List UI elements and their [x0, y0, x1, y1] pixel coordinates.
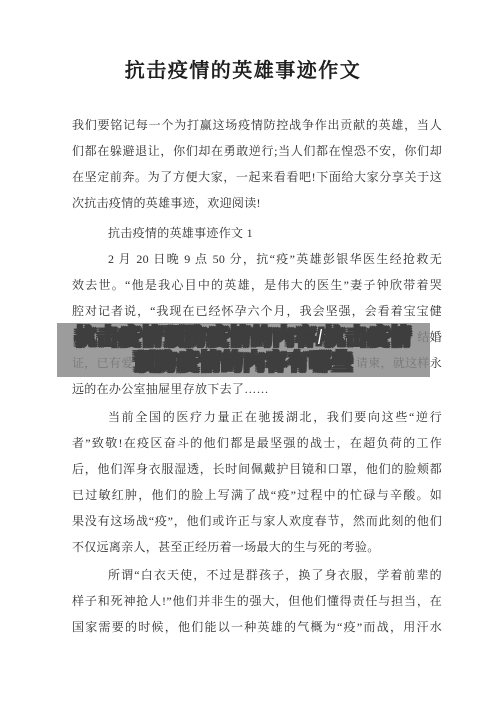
text-line: 国家需要的时候，他们能以一种英雄的气概为“疫”而战，用汗水 — [72, 614, 442, 640]
document-page: 抗击疫情的英雄事迹作文 我们要铭记每一个为打赢这场疫情防控战争作出贡献的英雄，当… — [0, 0, 500, 706]
section-heading-text: 抗击疫情的英雄事迹作文 1 — [72, 220, 442, 246]
paragraph-angels: 所谓“白衣天使，不过是群孩子，换了身衣服，学着前辈的 样子和死神抢人!”他们并非… — [72, 562, 442, 640]
paragraph-intro: 我们要铭记每一个为打赢这场疫情防控战争作出贡献的英雄，当人 们都在躲避退让，你们… — [72, 112, 442, 216]
section-heading: 抗击疫情的英雄事迹作文 1 — [72, 220, 442, 246]
text-line: 在坚定前奔。为了方便大家，一起来看看吧!下面给大家分享关于这 — [72, 164, 442, 190]
text-line: 已过敏红肿，他们的脸上写满了战“疫”过程中的忙碌与辛酸。如 — [72, 482, 442, 508]
text-line: 不仅远离亲人，甚至正经历着一场最大的生与死的考验。 — [72, 534, 442, 560]
paragraph-tribute: 当前全国的医疗力量正在驰援湖北，我们要向这些“逆行 者”致敬!在疫区奋斗的他们都… — [72, 404, 442, 560]
text-line: 所谓“白衣天使，不过是群孩子，换了身衣服，学着前辈的 — [72, 562, 442, 588]
text-line: 效去世。“他是我心目中的英雄，是伟大的医生”妻子钟欣带着哭 — [72, 272, 442, 298]
text-line: 后，他们浑身衣服湿透，长时间佩戴护目镜和口罩，他们的脸颊都 — [72, 456, 442, 482]
watermark-line-2: 预防疫情的内容有哪些 — [134, 350, 354, 375]
page-title: 抗击疫情的英雄事迹作文 — [0, 0, 500, 84]
text-line: 者”致敬!在疫区奋斗的他们都是最坚强的战士，在超负荷的工作 — [72, 430, 442, 456]
watermark-overlay: 抗击疫情预防疫情的内容/抗击疫情 预防疫情的内容有哪些 — [57, 323, 430, 377]
text-line: 次抗击疫情的英雄事迹，欢迎阅读! — [72, 190, 442, 216]
text-line: 2 月 20 日晚 9 点 50 分，抗“疫”英雄彭银华医生经抢救无 — [72, 246, 442, 272]
text-line: 当前全国的医疗力量正在驰援湖北，我们要向这些“逆行 — [72, 404, 442, 430]
text-line: 远的在办公室抽屉里存放下去了…… — [72, 376, 442, 402]
text-line: 样子和死神抢人!”他们并非生的强大，但他们懂得责任与担当，在 — [72, 588, 442, 614]
text-line: 我们要铭记每一个为打赢这场疫情防控战争作出贡献的英雄，当人 — [72, 112, 442, 138]
text-line: 腔对记者说，“我现在已经怀孕六个月，我会坚强，会看着宝宝健 — [72, 298, 442, 324]
text-line: 果没有这场战“疫”，他们或许正与家人欢度春节，然而此刻的他们 — [72, 508, 442, 534]
watermark-line-1: 抗击疫情预防疫情的内容/抗击疫情 — [75, 325, 412, 350]
text-line: 们都在躲避退让，你们却在勇敢逆行;当人们都在惶恐不安，你们却 — [72, 138, 442, 164]
